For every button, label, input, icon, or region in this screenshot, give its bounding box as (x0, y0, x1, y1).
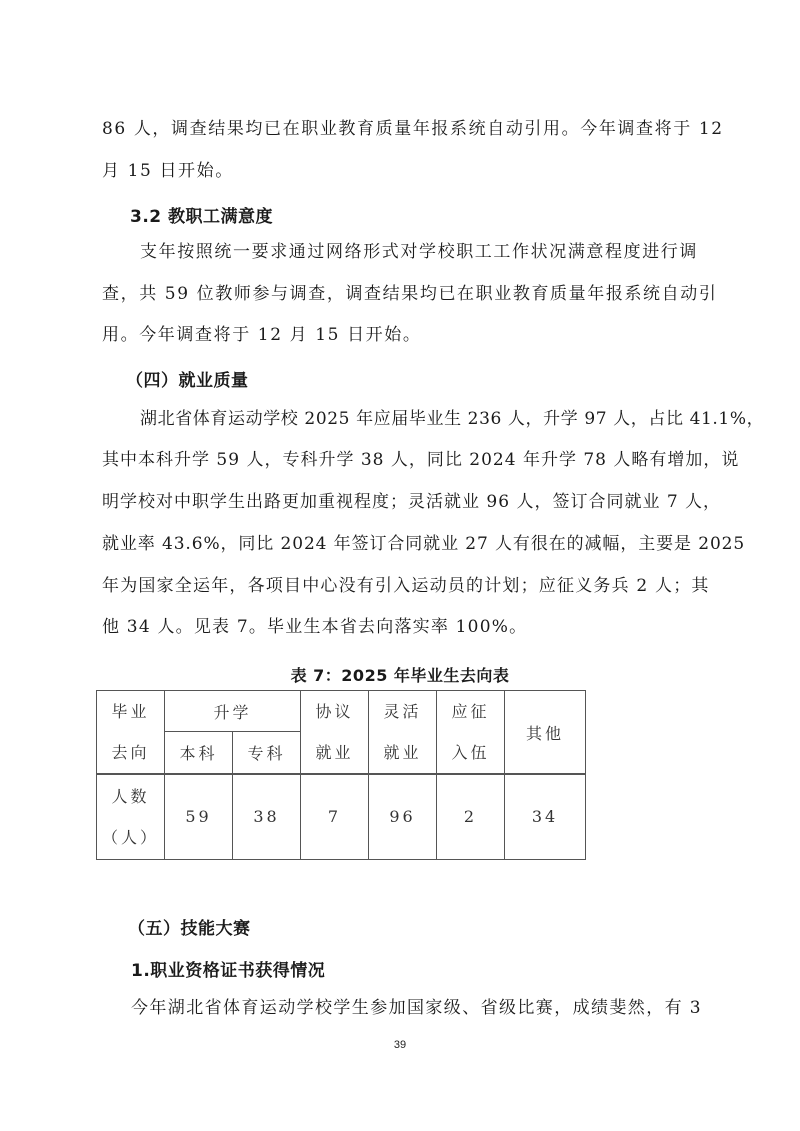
section-heading: （五）技能大赛 (128, 914, 251, 939)
header-text: 去向 (97, 732, 164, 773)
paragraph-line: 其中本科升学 59 人，专科升学 38 人，同比 2024 年升学 78 人略有… (102, 449, 712, 471)
header-military: 应征 入伍 (437, 691, 505, 775)
header-text: 毕业 (97, 691, 164, 732)
table-cell: 34 (505, 774, 586, 859)
section-heading: （四）就业质量 (126, 366, 249, 391)
paragraph-line: 86 人，调查结果均已在职业教育质量年报系统自动引用。今年调查将于 12 (102, 118, 712, 140)
paragraph-line: 明学校对中职学生出路更加重视程度；灵活就业 96 人，签订合同就业 7 人， (102, 491, 712, 513)
paragraph-line: 月 15 日开始。 (102, 160, 712, 182)
paragraph-line: 就业率 43.6%，同比 2024 年签订合同就业 27 人有很在的减幅，主要是… (102, 533, 712, 555)
table-caption: 表 7：2025 年毕业生去向表 (0, 663, 800, 686)
row-label-text: （人） (97, 817, 164, 858)
paragraph-line: 今年湖北省体育运动学校学生参加国家级、省级比赛，成绩斐然，有 3 (131, 997, 741, 1019)
row-label-count: 人数 （人） (97, 774, 165, 859)
header-text: 应征 (437, 691, 504, 732)
header-text: 灵活 (369, 691, 436, 732)
header-bachelor: 本科 (165, 732, 233, 774)
table-cell: 59 (165, 774, 233, 859)
section-heading: 3.2 教职工满意度 (130, 202, 273, 227)
paragraph-line: 用。今年调查将于 12 月 15 日开始。 (102, 324, 712, 346)
header-flexible-employment: 灵活 就业 (369, 691, 437, 775)
page-number: 39 (0, 1039, 800, 1051)
paragraph-line: 支年按照统一要求通过网络形式对学校职工工作状况满意程度进行调 (140, 241, 750, 263)
table-cell: 96 (369, 774, 437, 859)
paragraph-line: 查，共 59 位教师参与调查，调查结果均已在职业教育质量年报系统自动引 (102, 283, 712, 305)
header-contract-employment: 协议 就业 (301, 691, 369, 775)
header-text: 协议 (301, 691, 368, 732)
header-further-study: 升学 (165, 691, 301, 732)
graduate-destination-table: 毕业 去向 升学 协议 就业 灵活 就业 应征 入伍 其他 本科 专科 (96, 690, 586, 860)
paragraph-line: 湖北省体育运动学校 2025 年应届毕业生 236 人，升学 97 人，占比 4… (140, 408, 750, 430)
subsection-heading: 1.职业资格证书获得情况 (131, 956, 325, 981)
header-text: 入伍 (437, 732, 504, 773)
table-cell: 2 (437, 774, 505, 859)
paragraph-line: 他 34 人。见表 7。毕业生本省去向落实率 100%。 (102, 616, 712, 638)
header-text: 就业 (369, 732, 436, 773)
table-cell: 7 (301, 774, 369, 859)
paragraph-line: 年为国家全运年，各项目中心没有引入运动员的计划；应征义务兵 2 人；其 (102, 575, 712, 597)
header-junior-college: 专科 (233, 732, 301, 774)
header-other: 其他 (505, 691, 586, 775)
row-header-cell: 毕业 去向 (97, 691, 165, 775)
row-label-text: 人数 (97, 776, 164, 817)
header-text: 就业 (301, 732, 368, 773)
table-cell: 38 (233, 774, 301, 859)
